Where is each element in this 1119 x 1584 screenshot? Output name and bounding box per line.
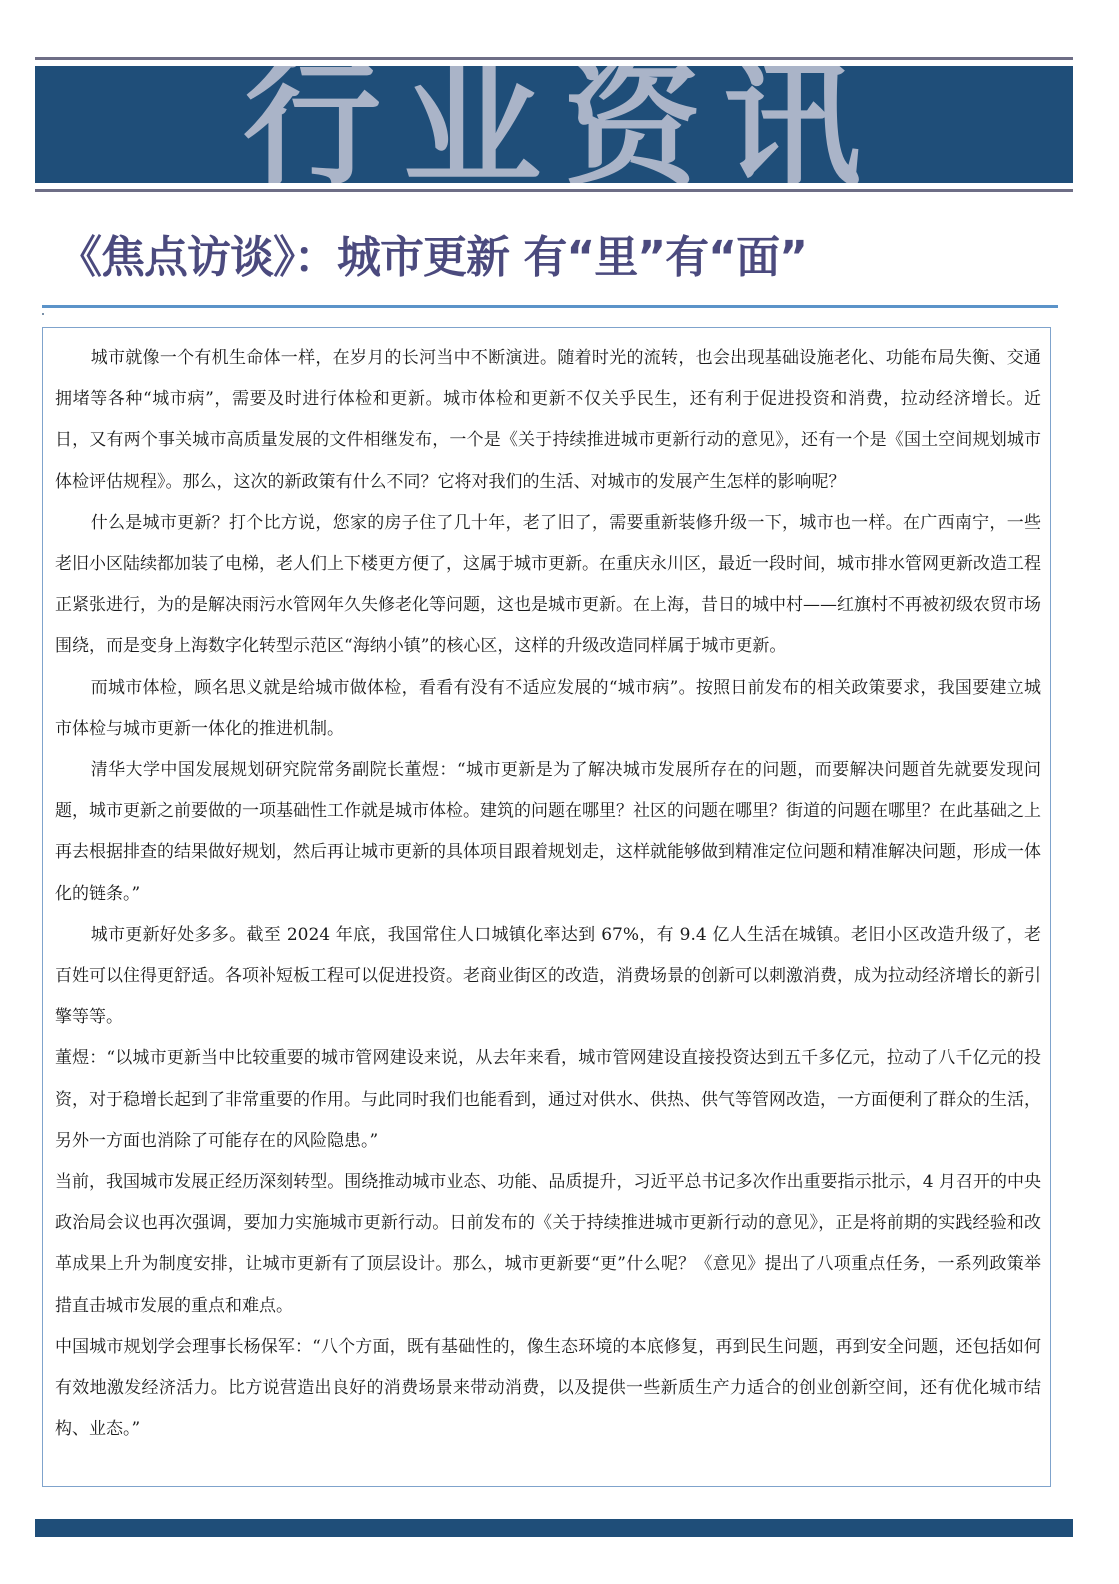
section-banner: 行业资讯 xyxy=(35,66,1073,183)
paragraph-policy-context: 当前，我国城市发展正经历深刻转型。围绕推动城市业态、功能、品质提升，习近平总书记… xyxy=(55,1162,1041,1327)
title-underline-rule xyxy=(42,305,1058,308)
header-bottom-rule xyxy=(35,189,1073,192)
article-title: 《焦点访谈》：城市更新 有“里”有“面” xyxy=(58,228,807,288)
decorative-dot xyxy=(42,313,44,315)
paragraph-intro: 城市就像一个有机生命体一样，在岁月的长河当中不断演进。随着时光的流转，也会出现基… xyxy=(55,338,1041,503)
paragraph-quote-yang-baojun: 中国城市规划学会理事长杨保军：“八个方面，既有基础性的，像生态环境的本底修复，再… xyxy=(55,1327,1041,1451)
paragraph-city-checkup: 而城市体检，顾名思义就是给城市做体检，看看有没有不适应发展的“城市病”。按照日前… xyxy=(55,668,1041,750)
article-body-box: 城市就像一个有机生命体一样，在岁月的长河当中不断演进。随着时光的流转，也会出现基… xyxy=(42,327,1051,1487)
paragraph-quote-dong-yu-2: 董煜：“以城市更新当中比较重要的城市管网建设来说，从去年来看，城市管网建设直接投… xyxy=(55,1038,1041,1162)
paragraph-quote-dong-yu-1: 清华大学中国发展规划研究院常务副院长董煜：“城市更新是为了解决城市发展所存在的问… xyxy=(55,750,1041,915)
footer-bar xyxy=(35,1519,1073,1537)
paragraph-benefits: 城市更新好处多多。截至 2024 年底，我国常住人口城镇化率达到 67%，有 9… xyxy=(55,915,1041,1039)
header-top-rule xyxy=(35,57,1073,60)
paragraph-what-is-renewal: 什么是城市更新？打个比方说，您家的房子住了几十年，老了旧了，需要重新装修升级一下… xyxy=(55,503,1041,668)
article-body: 城市就像一个有机生命体一样，在岁月的长河当中不断演进。随着时光的流转，也会出现基… xyxy=(55,338,1041,1450)
banner-title: 行业资讯 xyxy=(243,66,883,183)
